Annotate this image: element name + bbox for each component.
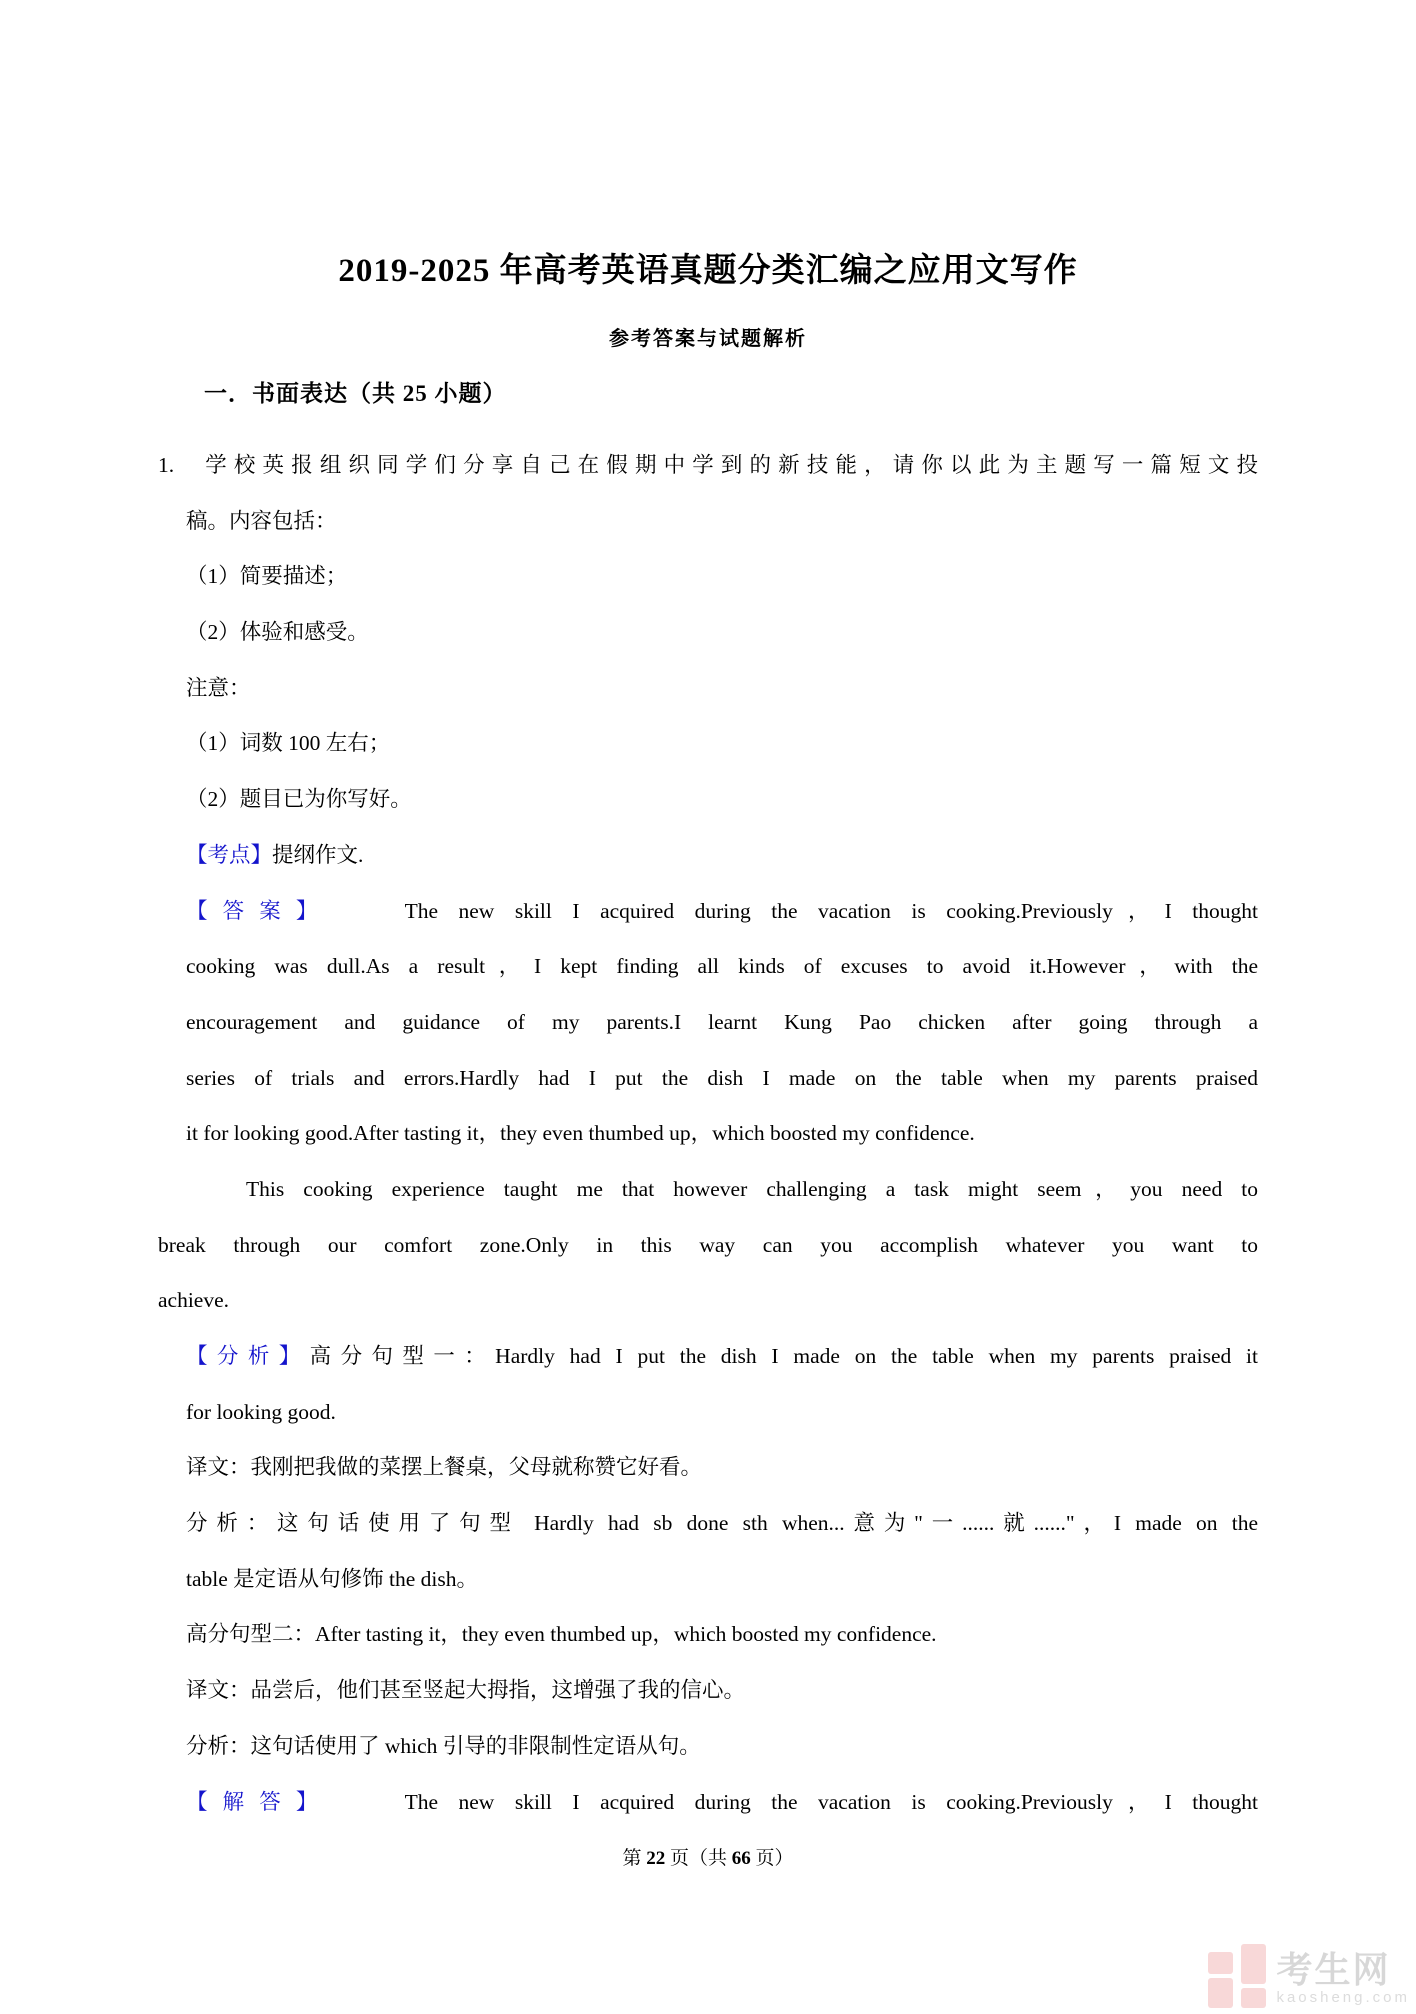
- line-text: （2）体验和感受。: [186, 620, 369, 644]
- line-text: table 是定语从句修饰 the dish。: [186, 1567, 478, 1591]
- body-line: 注意：: [158, 661, 1258, 717]
- body-line: for looking good.: [158, 1385, 1258, 1441]
- body-line: it for looking good.After tasting it，the…: [158, 1106, 1258, 1162]
- line-text: 稿。内容包括：: [186, 509, 337, 533]
- line-text: （2）题目已为你写好。: [186, 787, 412, 811]
- tag-marker: 【考点】: [186, 843, 272, 867]
- document-subtitle: 参考答案与试题解析: [0, 324, 1416, 354]
- watermark-site-name: 考生网: [1276, 1951, 1410, 1989]
- body-line: This cooking experience taught me that h…: [158, 1162, 1258, 1218]
- body-line: 高分句型二：After tasting it，they even thumbed…: [158, 1607, 1258, 1663]
- line-text: achieve.: [158, 1288, 229, 1312]
- line-text: （1）词数 100 左右；: [186, 731, 390, 755]
- body-line: table 是定语从句修饰 the dish。: [158, 1552, 1258, 1608]
- line-text: 译文：品尝后，他们甚至竖起大拇指，这增强了我的信心。: [186, 1678, 745, 1702]
- line-text: for looking good.: [186, 1400, 336, 1424]
- body-line: 【答案】The new skill I acquired during the …: [158, 884, 1258, 940]
- line-text: 注意：: [186, 676, 251, 700]
- body-line: 分析：这句话使用了 which 引导的非限制性定语从句。: [158, 1719, 1258, 1775]
- document-body: 1.学校英报组织同学们分享自己在假期中学到的新技能，请你以此为主题写一篇短文投稿…: [158, 438, 1258, 1830]
- line-text: The new skill I acquired during the vaca…: [405, 899, 1258, 923]
- section-heading: 一．书面表达（共 25 小题）: [158, 378, 507, 410]
- body-line: 译文：我刚把我做的菜摆上餐桌，父母就称赞它好看。: [158, 1440, 1258, 1496]
- logo-block: [1241, 1944, 1266, 1984]
- body-line: 【考点】提纲作文.: [158, 828, 1258, 884]
- tag-marker: 【解答】: [186, 1790, 333, 1814]
- tag-marker: 【答案】: [186, 899, 333, 923]
- body-line: 分析：这句话使用了句型 Hardly had sb done sth when.…: [158, 1496, 1258, 1552]
- body-line: 译文：品尝后，他们甚至竖起大拇指，这增强了我的信心。: [158, 1663, 1258, 1719]
- tag-marker: 【分析】: [186, 1344, 310, 1368]
- body-line: （2）体验和感受。: [158, 605, 1258, 661]
- watermark-text: 考生网 kaosheng.com: [1276, 1951, 1410, 2008]
- line-text: it for looking good.After tasting it，the…: [186, 1121, 975, 1145]
- page-footer: 第 22 页（共 66 页）: [0, 1845, 1416, 1873]
- body-line: series of trials and errors.Hardly had I…: [158, 1051, 1258, 1107]
- logo-block: [1208, 1952, 1233, 1974]
- line-text: series of trials and errors.Hardly had I…: [186, 1066, 1258, 1090]
- logo-block: [1208, 1978, 1233, 2008]
- body-line: break through our comfort zone.Only in t…: [158, 1218, 1258, 1274]
- body-line: cooking was dull.As a result，I kept find…: [158, 939, 1258, 995]
- document-page: 2019-2025 年高考英语真题分类汇编之应用文写作 参考答案与试题解析 一．…: [0, 0, 1416, 2014]
- line-text: The new skill I acquired during the vaca…: [405, 1790, 1258, 1814]
- footer-page-number: 22: [646, 1848, 665, 1869]
- body-line: 1.学校英报组织同学们分享自己在假期中学到的新技能，请你以此为主题写一篇短文投: [158, 438, 1258, 494]
- body-line: encouragement and guidance of my parents…: [158, 995, 1258, 1051]
- question-number: 1.: [158, 438, 174, 494]
- line-text: cooking was dull.As a result，I kept find…: [186, 954, 1258, 978]
- footer-infix: 页（共: [670, 1848, 727, 1869]
- body-line: （1）词数 100 左右；: [158, 716, 1258, 772]
- body-line: 【分析】高分句型一：Hardly had I put the dish I ma…: [158, 1329, 1258, 1385]
- line-text: This cooking experience taught me that h…: [246, 1177, 1258, 1201]
- line-text: 提纲作文.: [272, 843, 363, 867]
- document-title: 2019-2025 年高考英语真题分类汇编之应用文写作: [0, 249, 1416, 293]
- body-line: （1）简要描述；: [158, 549, 1258, 605]
- watermark: 考生网 kaosheng.com: [1208, 1944, 1410, 2008]
- line-text: 高分句型一：Hardly had I put the dish I made o…: [310, 1344, 1258, 1368]
- line-text: encouragement and guidance of my parents…: [186, 1010, 1258, 1034]
- body-line: （2）题目已为你写好。: [158, 772, 1258, 828]
- footer-prefix: 第: [622, 1848, 641, 1869]
- watermark-site-domain: kaosheng.com: [1276, 1989, 1410, 2006]
- logo-block: [1241, 1988, 1266, 2008]
- line-text: （1）简要描述；: [186, 564, 347, 588]
- kaosheng-logo-icon: [1208, 1944, 1266, 2008]
- line-text: 学校英报组织同学们分享自己在假期中学到的新技能，请你以此为主题写一篇短文投: [198, 453, 1258, 477]
- line-text: 高分句型二：After tasting it，they even thumbed…: [186, 1622, 937, 1646]
- line-text: 译文：我刚把我做的菜摆上餐桌，父母就称赞它好看。: [186, 1455, 702, 1479]
- footer-suffix: 页）: [756, 1848, 794, 1869]
- line-text: break through our comfort zone.Only in t…: [158, 1233, 1258, 1257]
- footer-total-pages: 66: [732, 1848, 751, 1869]
- line-text: 分析：这句话使用了 which 引导的非限制性定语从句。: [186, 1734, 701, 1758]
- line-text: 分析：这句话使用了句型 Hardly had sb done sth when.…: [186, 1511, 1258, 1535]
- body-line: 【解答】The new skill I acquired during the …: [158, 1775, 1258, 1831]
- body-line: achieve.: [158, 1273, 1258, 1329]
- body-line: 稿。内容包括：: [158, 494, 1258, 550]
